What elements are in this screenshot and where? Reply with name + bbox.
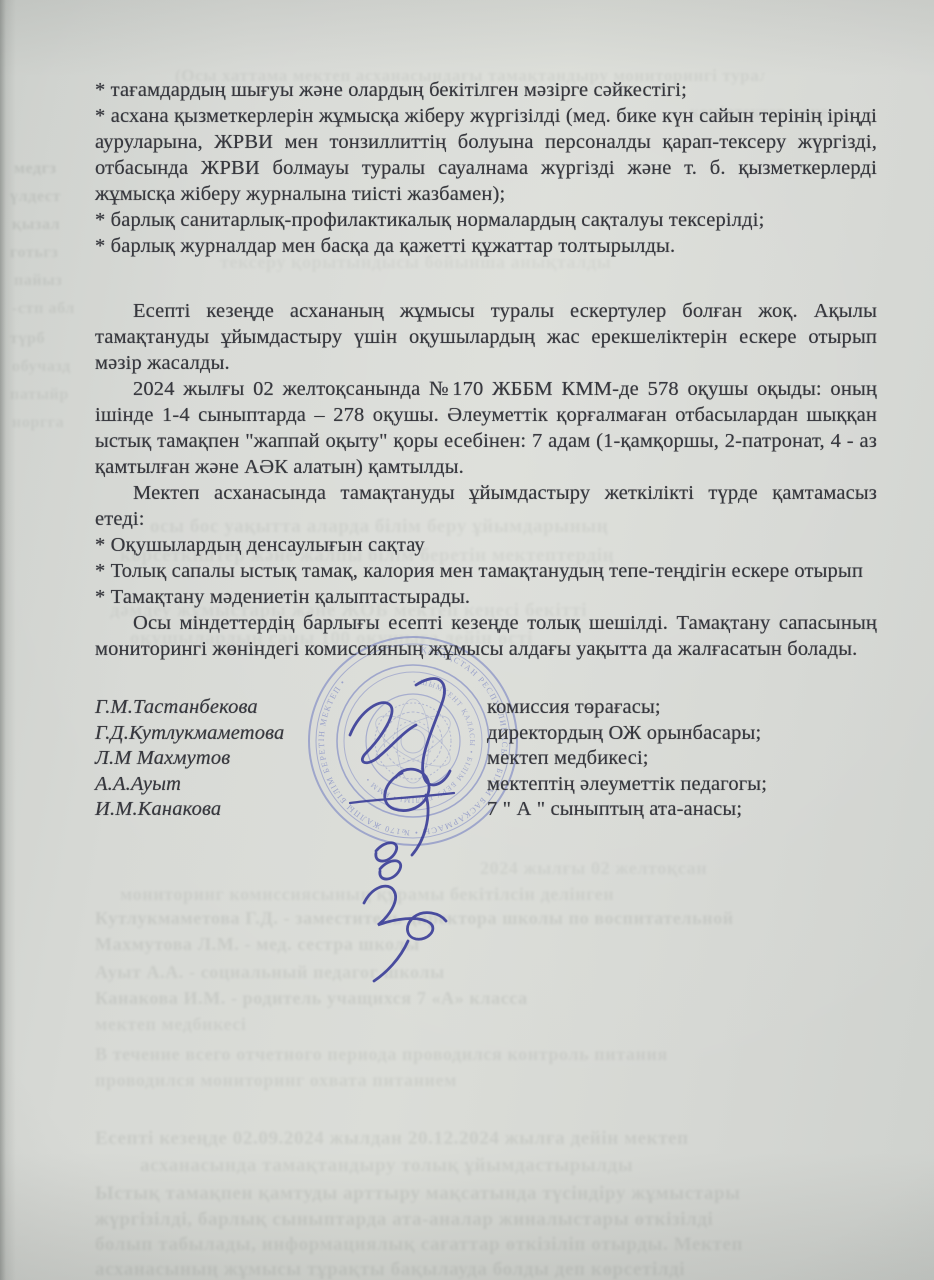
- inspection-item: * асхана қызметкерлерін жұмысқа жіберу ж…: [95, 103, 877, 207]
- bleedthrough-ghost-line: қызал: [12, 216, 90, 233]
- bleedthrough-ghost-line: -стп абл: [12, 300, 90, 317]
- bleedthrough-ghost-line: болып табылады, информациялық сағаттар ө…: [95, 1234, 870, 1255]
- bleedthrough-ghost-line: жүргізілді, барлық сыныптарда ата-аналар…: [95, 1209, 865, 1230]
- bleedthrough-ghost-line: патыйр: [10, 386, 90, 403]
- bleedthrough-ghost-line: Есепті кезеңде 02.09.2024 жылдан 20.12.2…: [95, 1128, 860, 1149]
- bleedthrough-ghost-line: үлдест: [10, 188, 90, 205]
- inspection-item: * тағамдардың шығуы және олардың бекітіл…: [95, 77, 877, 103]
- signature-ink: [320, 655, 500, 995]
- paragraph: 2024 жылғы 02 желтоқсанында №170 ЖББМ КМ…: [95, 376, 877, 480]
- bleedthrough-ghost-line: Ыстық тамақпен қамтуды арттыру мақсатынд…: [95, 1183, 865, 1204]
- bleedthrough-ghost-line: готьгз: [10, 244, 90, 261]
- bleedthrough-ghost-line: асханасында тамақтандыру толық ұйымдасты…: [140, 1155, 790, 1176]
- bleedthrough-ghost-line: норгга: [12, 414, 90, 431]
- task-item: * Оқушылардың денсаулығын сақтау: [95, 532, 877, 558]
- paragraph: Мектеп асханасында тамақтануды ұйымдасты…: [95, 480, 877, 532]
- signatory-role: мектептің әлеуметтік педагогы;: [487, 772, 877, 798]
- bleedthrough-ghost-line: мектеп медбикесі: [95, 1014, 395, 1034]
- bleedthrough-ghost-line: 2024 жылғы 02 желтоқсан: [480, 858, 860, 878]
- bleedthrough-ghost-line: асханасының жұмысы тұрақты бақылауда бол…: [95, 1259, 840, 1280]
- bleedthrough-ghost-line: проводился мониторинг охвата питанием: [95, 1070, 615, 1090]
- paragraph: Есепті кезеңде асхананың жұмысы туралы е…: [95, 298, 877, 376]
- inspection-item: * барлық санитарлық-профилактикалық норм…: [95, 207, 877, 233]
- inspection-item: * барлық журналдар мен басқа да қажетті …: [95, 233, 877, 259]
- signatory-role: 7 " А " сыныптың ата-анасы;: [487, 797, 877, 823]
- bleedthrough-ghost-line: пайыз: [14, 272, 90, 289]
- bleedthrough-ghost-line: обучазд: [12, 358, 90, 375]
- task-item: * Толық сапалы ыстық тамақ, калория мен …: [95, 558, 877, 584]
- signatory-role: директордың ОЖ орынбасары;: [487, 721, 877, 747]
- task-item: * Тамақтану мәдениетін қалыптастырады.: [95, 584, 877, 610]
- bleedthrough-ghost-line: түрб: [10, 330, 90, 347]
- signatory-role: комиссия төрағасы;: [487, 695, 877, 721]
- bleedthrough-ghost-line: В течение всего отчетного периода провод…: [95, 1044, 775, 1064]
- bleedthrough-ghost-line: медгз: [14, 160, 90, 177]
- signatory-role: мектеп медбикесі;: [487, 746, 877, 772]
- scanned-document-page: (Осы хаттама мектеп асханасындағы тамақт…: [0, 0, 934, 1280]
